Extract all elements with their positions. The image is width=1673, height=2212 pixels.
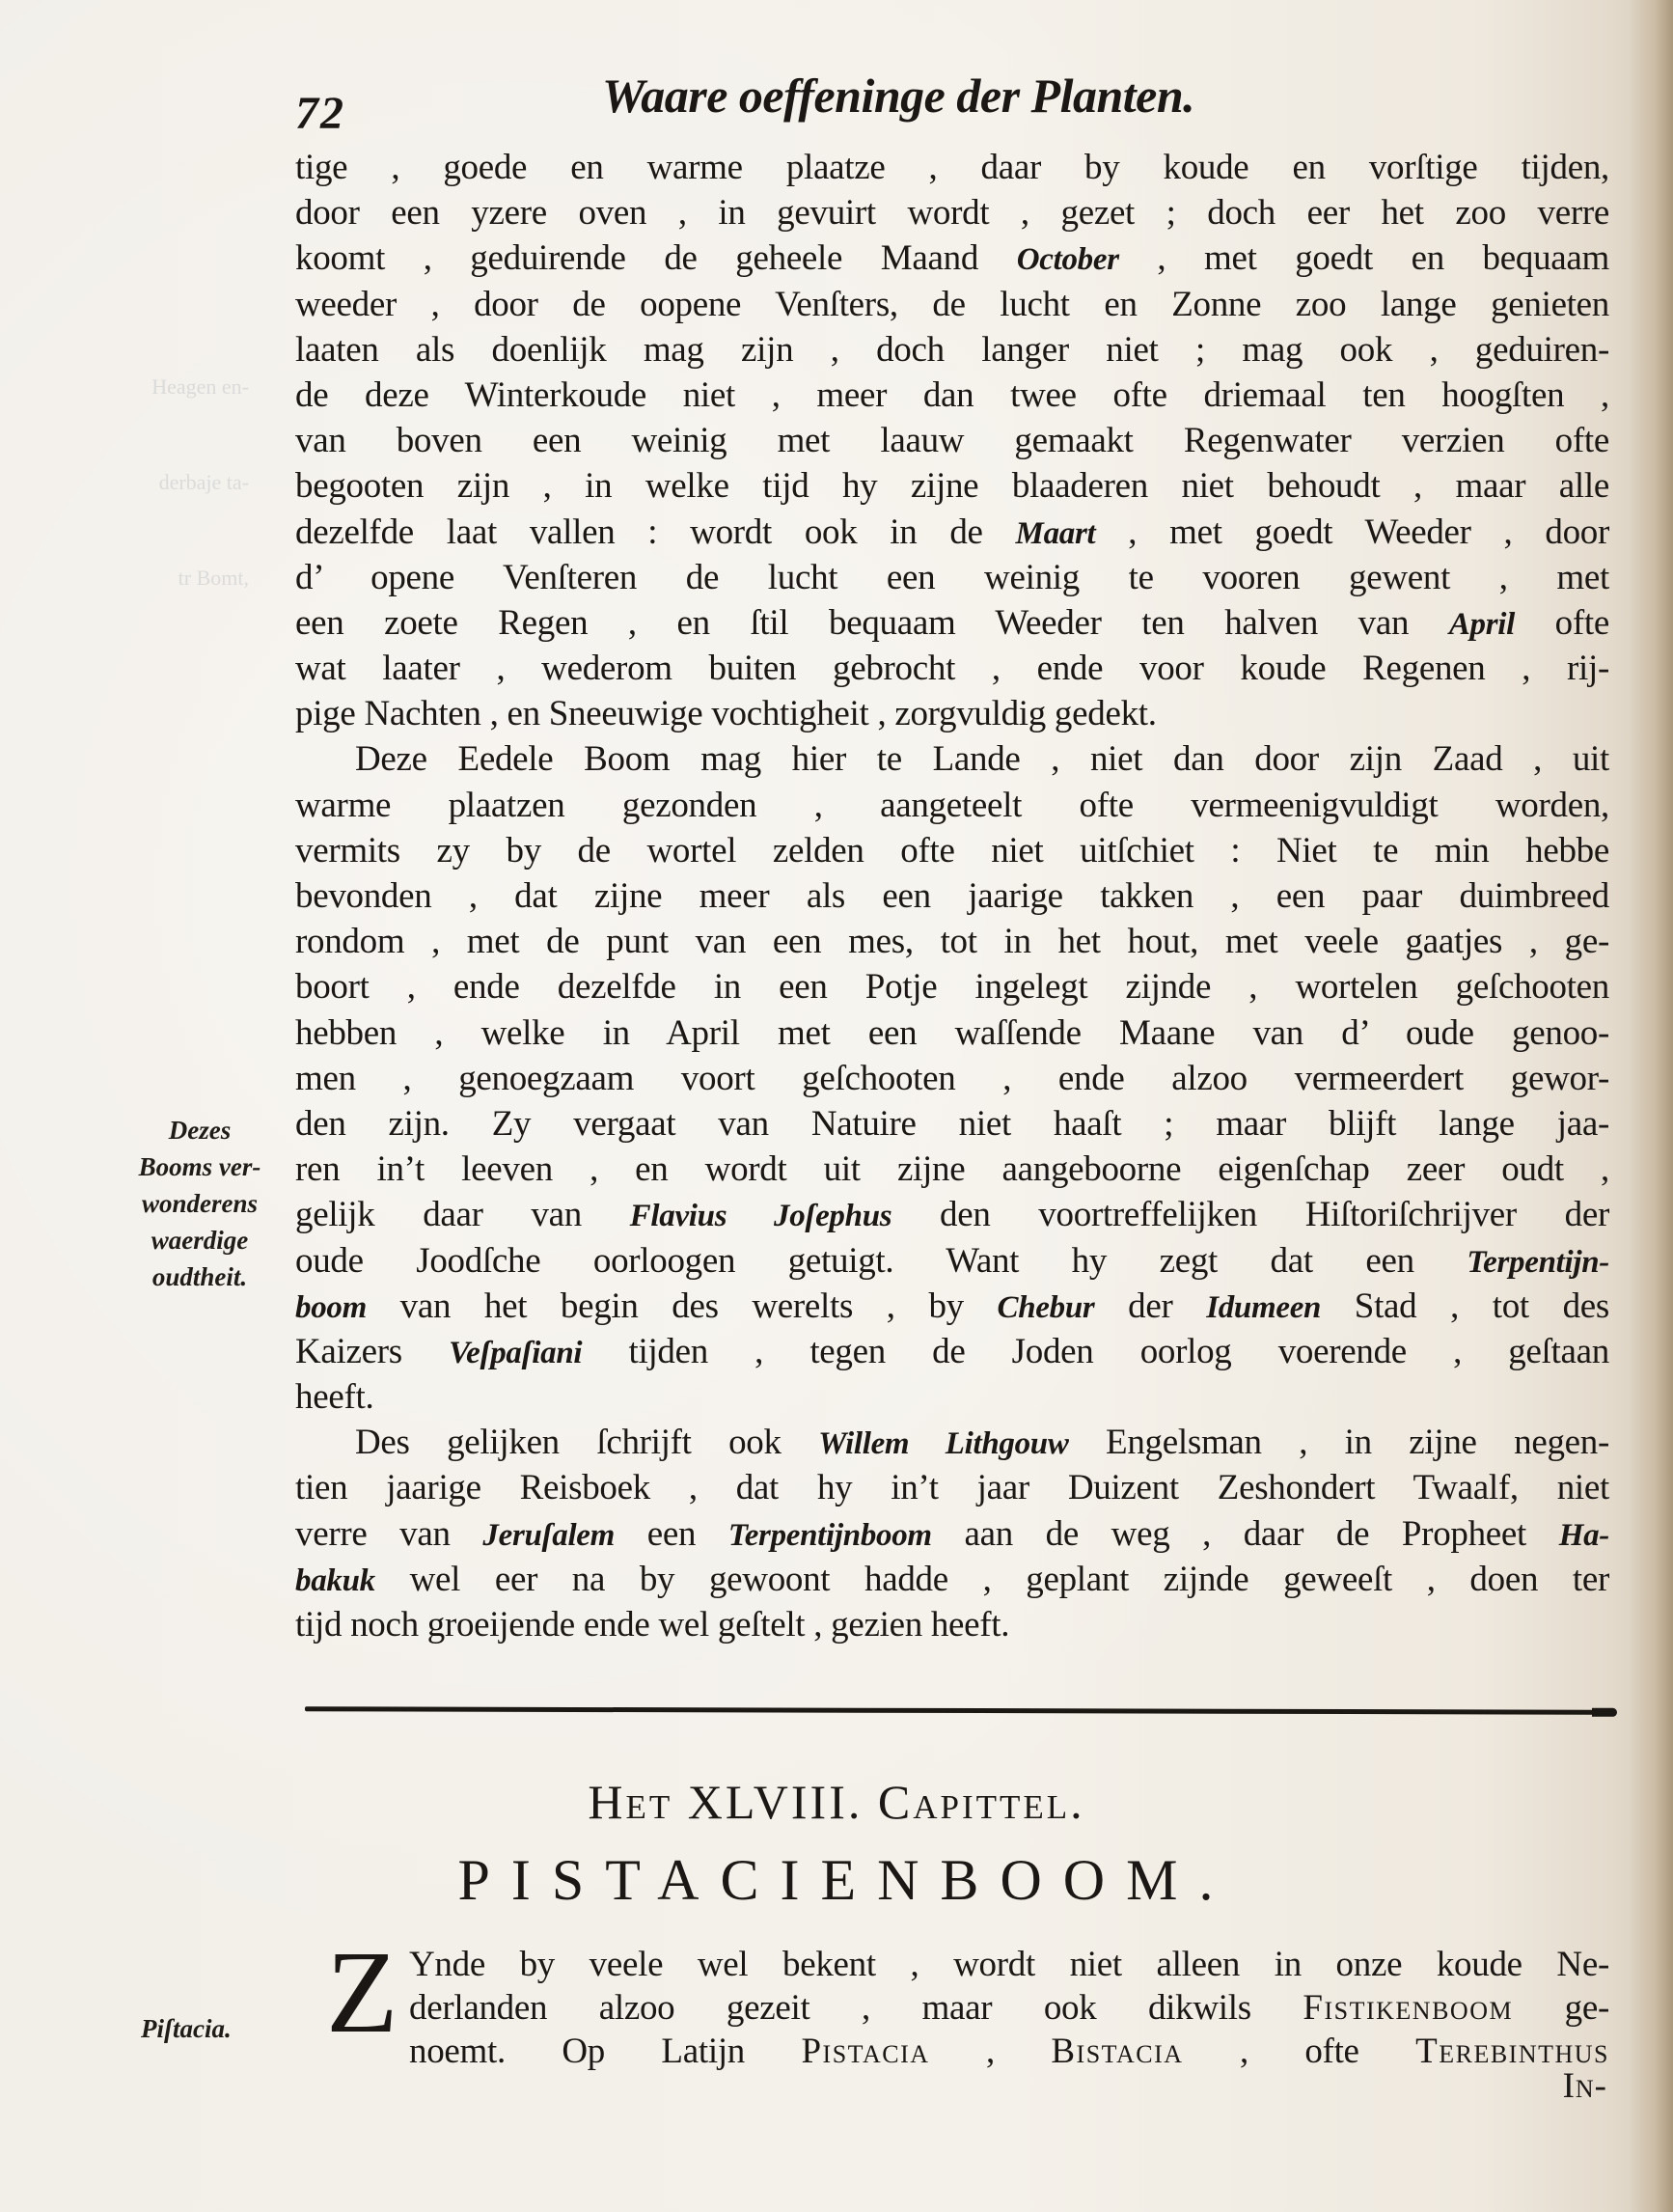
margin-note-line: waerdige bbox=[108, 1222, 291, 1258]
text-run: rondom , met de punt van een mes, tot in… bbox=[295, 922, 1609, 961]
small-caps-term: Pistacia bbox=[801, 2032, 929, 2071]
margin-note-line: wonderens bbox=[108, 1185, 291, 1222]
text-run: wat laater , wederom buiten gebrocht , e… bbox=[295, 649, 1609, 688]
text-line: Kaizers Veſpaſiani tijden , tegen de Jod… bbox=[295, 1329, 1609, 1374]
margin-note-booms-oudtheit: DezesBooms ver-wonderenswaerdigeoudtheit… bbox=[108, 1112, 291, 1295]
text-run: warme plaatzen gezonden , aangeteelt oft… bbox=[295, 786, 1609, 825]
italic-term: bakuk bbox=[295, 1563, 375, 1598]
text-line: laaten als doenlijk mag zijn , doch lang… bbox=[295, 327, 1609, 373]
text-run: de deze Winterkoude niet , meer dan twee… bbox=[295, 375, 1609, 415]
text-line: boom van het begin des werelts , by Cheb… bbox=[295, 1284, 1609, 1329]
text-run: door een yzere oven , in gevuirt wordt ,… bbox=[295, 193, 1609, 233]
text-run: Stad , tot des bbox=[1321, 1286, 1609, 1326]
text-line: warme plaatzen gezonden , aangeteelt oft… bbox=[295, 783, 1609, 828]
text-run: noemt. Op Latijn bbox=[409, 2032, 801, 2071]
margin-note-pistacia: Piſtacia. bbox=[141, 2010, 232, 2047]
text-run: heeft. bbox=[295, 1377, 373, 1417]
text-line: weeder , door de oopene Venſters, de luc… bbox=[295, 282, 1609, 327]
text-run: tijden , tegen de Joden oorlog voerende … bbox=[582, 1332, 1609, 1371]
text-run: van boven een weinig met laauw gemaakt R… bbox=[295, 421, 1609, 460]
text-run: den zijn. Zy vergaat van Natuire niet ha… bbox=[295, 1104, 1609, 1144]
text-run: tien jaarige Reisboek , dat hy in’t jaar… bbox=[295, 1468, 1609, 1507]
text-run: boort , ende dezelfde in een Potje ingel… bbox=[295, 967, 1609, 1007]
text-run: , met goedt Weeder , door bbox=[1095, 512, 1609, 552]
bleed-line: derbaje ta- bbox=[104, 466, 249, 498]
text-run: wel eer na by gewoont hadde , geplant zi… bbox=[375, 1560, 1609, 1599]
text-run: dezelfde laat vallen : wordt ook in de bbox=[295, 512, 1016, 552]
chapter-title: PISTACIENBOOM. bbox=[0, 1847, 1673, 1914]
italic-term: Maart bbox=[1016, 516, 1096, 551]
text-run: een zoete Regen , en ſtil bequaam Weeder… bbox=[295, 603, 1449, 643]
text-run: , bbox=[930, 2032, 1052, 2071]
text-line: noemt. Op Latijn Pistacia , Bistacia , o… bbox=[409, 2030, 1609, 2073]
text-line: begooten zijn , in welke tijd hy zijne b… bbox=[295, 463, 1609, 509]
text-run: oude Joodſche oorloogen getuigt. Want hy… bbox=[295, 1241, 1467, 1281]
text-run: weeder , door de oopene Venſters, de luc… bbox=[295, 285, 1609, 324]
text-run: derlanden alzoo gezeit , maar ook dikwil… bbox=[409, 1988, 1303, 2028]
margin-note-line: oudtheit. bbox=[108, 1258, 291, 1295]
text-line: tien jaarige Reisboek , dat hy in’t jaar… bbox=[295, 1465, 1609, 1510]
text-run: , met goedt en bequaam bbox=[1119, 238, 1609, 278]
section-rule bbox=[305, 1706, 1613, 1715]
text-line: koomt , geduirende de geheele Maand Octo… bbox=[295, 235, 1609, 281]
margin-note-line: Dezes bbox=[108, 1112, 291, 1148]
italic-term: October bbox=[1017, 242, 1119, 277]
text-run: koomt , geduirende de geheele Maand bbox=[295, 238, 1017, 278]
text-run: een bbox=[615, 1514, 728, 1554]
text-line: tige , goede en warme plaatze , daar by … bbox=[295, 145, 1609, 190]
text-line: boort , ende dezelfde in een Potje ingel… bbox=[295, 964, 1609, 1009]
italic-term: Willem Lithgouw bbox=[818, 1426, 1068, 1461]
text-run: pige Nachten , en Sneeuwige vochtigheit … bbox=[295, 694, 1157, 733]
text-run: hebben , welke in April met een waſſende… bbox=[295, 1013, 1609, 1053]
text-run: tige , goede en warme plaatze , daar by … bbox=[295, 148, 1609, 187]
text-run: Kaizers bbox=[295, 1332, 449, 1371]
italic-term: Jeruſalem bbox=[482, 1518, 615, 1553]
italic-term: Chebur bbox=[998, 1290, 1095, 1325]
text-line: bevonden , dat zijne meer als een jaarig… bbox=[295, 873, 1609, 919]
text-line: ren in’t leeven , en wordt uit zijne aan… bbox=[295, 1147, 1609, 1192]
italic-term: Flavius Joſephus bbox=[630, 1199, 892, 1233]
small-caps-term: Bistacia bbox=[1051, 2032, 1183, 2071]
book-page: Heagen en- derbaje ta- tr Bomt, 72 Waare… bbox=[0, 0, 1673, 2212]
text-run: vermits zy by de wortel zelden ofte niet… bbox=[295, 831, 1609, 871]
text-run: gelijk daar van bbox=[295, 1195, 630, 1234]
chapter-heading: Het XLVIII. Capittel. bbox=[0, 1774, 1673, 1830]
text-run: verre van bbox=[295, 1514, 482, 1554]
bleed-line: tr Bomt, bbox=[104, 562, 249, 594]
catchword: In- bbox=[1563, 2065, 1607, 2107]
text-run: tijd noch groeijende ende wel geſtelt , … bbox=[295, 1605, 1009, 1645]
bleed-line: Heagen en- bbox=[104, 371, 249, 402]
text-line: d’ opene Venſteren de lucht een weinig t… bbox=[295, 555, 1609, 600]
text-run: van het begin des werelts , by bbox=[367, 1286, 998, 1326]
text-line: oude Joodſche oorloogen getuigt. Want hy… bbox=[295, 1238, 1609, 1284]
text-line: pige Nachten , en Sneeuwige vochtigheit … bbox=[295, 691, 1609, 736]
text-run: ge- bbox=[1513, 1988, 1609, 2028]
italic-term: Idumeen bbox=[1206, 1290, 1321, 1325]
text-line: bakuk wel eer na by gewoont hadde , gepl… bbox=[295, 1557, 1609, 1602]
text-run: ofte bbox=[1515, 603, 1609, 643]
text-line: dezelfde laat vallen : wordt ook in de M… bbox=[295, 510, 1609, 555]
text-line: men , genoegzaam voort geſchooten , ende… bbox=[295, 1056, 1609, 1101]
text-line: door een yzere oven , in gevuirt wordt ,… bbox=[295, 190, 1609, 235]
page-header: 72 Waare oeffeninge der Planten. bbox=[295, 60, 1607, 143]
chapter-heading-prefix: Het bbox=[588, 1775, 672, 1829]
italic-term: boom bbox=[295, 1290, 367, 1325]
text-run: Deze Eedele Boom mag hier te Lande , nie… bbox=[355, 739, 1609, 779]
text-line: de deze Winterkoude niet , meer dan twee… bbox=[295, 373, 1609, 418]
text-line: derlanden alzoo gezeit , maar ook dikwil… bbox=[409, 1986, 1609, 2030]
text-line: van boven een weinig met laauw gemaakt R… bbox=[295, 418, 1609, 463]
text-line: hebben , welke in April met een waſſende… bbox=[295, 1010, 1609, 1056]
text-run: d’ opene Venſteren de lucht een weinig t… bbox=[295, 558, 1609, 597]
text-run: begooten zijn , in welke tijd hy zijne b… bbox=[295, 466, 1609, 506]
text-line: heeft. bbox=[295, 1374, 1609, 1420]
text-run: Des gelijken ſchrijft ook bbox=[355, 1423, 818, 1462]
text-line: den zijn. Zy vergaat van Natuire niet ha… bbox=[295, 1101, 1609, 1147]
text-line: gelijk daar van Flavius Joſephus den voo… bbox=[295, 1192, 1609, 1237]
text-run: Engelsman , in zijne negen- bbox=[1069, 1423, 1609, 1462]
text-line: Des gelijken ſchrijft ook Willem Lithgou… bbox=[295, 1420, 1609, 1465]
bleed-through-margin-note: Heagen en- derbaje ta- tr Bomt, bbox=[104, 307, 249, 657]
text-run: bevonden , dat zijne meer als een jaarig… bbox=[295, 876, 1609, 916]
running-title: Waare oeffeninge der Planten. bbox=[602, 68, 1194, 124]
body-text: tige , goede en warme plaatze , daar by … bbox=[295, 145, 1609, 1647]
text-line: wat laater , wederom buiten gebrocht , e… bbox=[295, 646, 1609, 691]
text-line: Deze Eedele Boom mag hier te Lande , nie… bbox=[295, 736, 1609, 782]
small-caps-term: Fistikenboom bbox=[1303, 1988, 1513, 2028]
text-run: , ofte bbox=[1184, 2032, 1416, 2071]
text-line: vermits zy by de wortel zelden ofte niet… bbox=[295, 828, 1609, 873]
text-line: Ynde by veele wel bekent , wordt niet al… bbox=[409, 1943, 1609, 1986]
italic-term: April bbox=[1449, 607, 1515, 642]
italic-term: Ha- bbox=[1559, 1518, 1609, 1553]
text-line: verre van Jeruſalem een Terpentijnboom a… bbox=[295, 1511, 1609, 1557]
text-run: ren in’t leeven , en wordt uit zijne aan… bbox=[295, 1149, 1609, 1189]
text-run: Ynde by veele wel bekent , wordt niet al… bbox=[409, 1945, 1609, 1984]
text-run: den voortreffelijken Hiſtoriſchrijver de… bbox=[891, 1195, 1609, 1234]
text-run: der bbox=[1094, 1286, 1206, 1326]
chapter-number: XLVIII. bbox=[688, 1775, 864, 1829]
text-line: rondom , met de punt van een mes, tot in… bbox=[295, 919, 1609, 964]
italic-term: Terpentijn- bbox=[1467, 1245, 1609, 1280]
drop-cap: Z bbox=[326, 1940, 398, 2046]
italic-term: Veſpaſiani bbox=[449, 1336, 582, 1370]
chapter-body-text: Ynde by veele wel bekent , wordt niet al… bbox=[409, 1943, 1609, 2073]
text-run: aan de weg , daar de Propheet bbox=[932, 1514, 1559, 1554]
text-line: tijd noch groeijende ende wel geſtelt , … bbox=[295, 1602, 1609, 1647]
text-run: laaten als doenlijk mag zijn , doch lang… bbox=[295, 330, 1609, 370]
page-number: 72 bbox=[295, 87, 345, 140]
chapter-heading-suffix: Capittel. bbox=[878, 1775, 1085, 1829]
italic-term: Terpentijnboom bbox=[728, 1518, 932, 1553]
margin-note-line: Booms ver- bbox=[108, 1148, 291, 1185]
text-line: een zoete Regen , en ſtil bequaam Weeder… bbox=[295, 600, 1609, 646]
text-run: men , genoegzaam voort geſchooten , ende… bbox=[295, 1059, 1609, 1098]
